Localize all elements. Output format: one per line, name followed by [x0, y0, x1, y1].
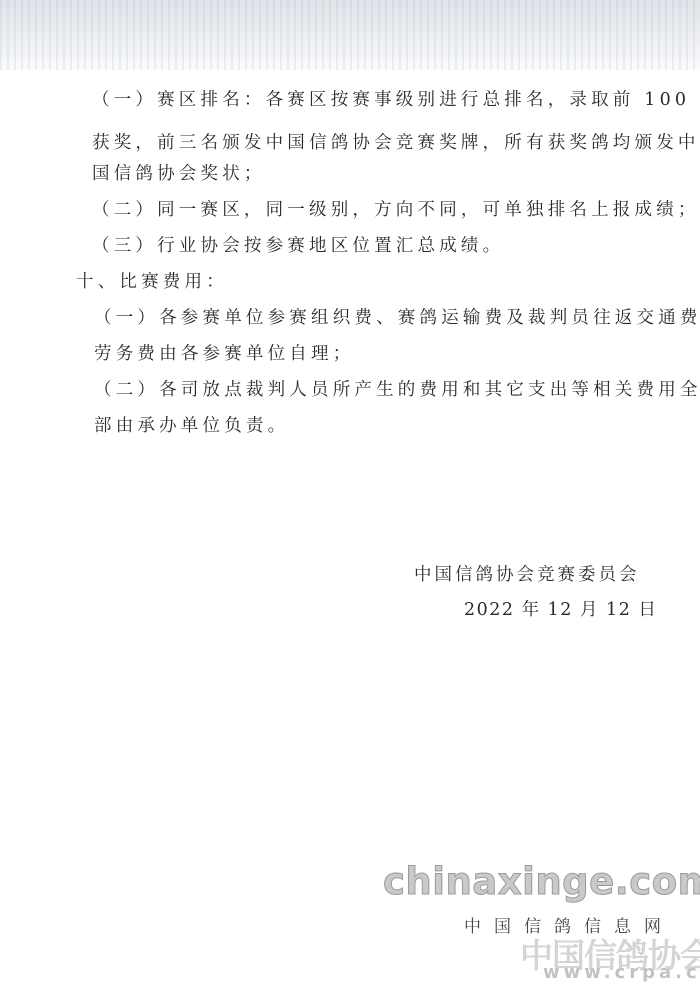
item-10-1-line-2: 劳务费由各参赛单位自理；	[94, 344, 354, 364]
watermark-association-url: www.crpa.cn	[543, 962, 700, 983]
section-10-heading: 十、比赛费用：	[76, 272, 228, 292]
item-9-1-line-1: （一）赛区排名：各赛区按赛事级别进行总排名，录取前 100 名	[92, 90, 700, 110]
item-9-1-line-2: 获奖，前三名颁发中国信鸽协会竞赛奖牌，所有获奖鸽均颁发中	[92, 133, 700, 153]
item-10-2-line-2: 部由承办单位负责。	[94, 416, 289, 436]
item-9-3: （三）行业协会按参赛地区位置汇总成绩。	[92, 236, 504, 256]
item-9-2: （二）同一赛区，同一级别，方向不同，可单独排名上报成绩；	[92, 200, 700, 220]
scan-header-band	[0, 0, 700, 70]
signature-organization: 中国信鸽协会竞赛委员会	[414, 565, 640, 585]
item-10-2-line-1: （二）各司放点裁判人员所产生的费用和其它支出等相关费用全	[94, 380, 700, 400]
item-9-1-line-3: 国信鸽协会奖状；	[92, 164, 266, 184]
watermark-site: chinaxinge.com	[383, 860, 700, 903]
item-10-1-line-1: （一）各参赛单位参赛组织费、赛鸽运输费及裁判员往返交通费、	[94, 308, 700, 328]
signature-date: 2022 年 12 月 12 日	[464, 600, 657, 620]
